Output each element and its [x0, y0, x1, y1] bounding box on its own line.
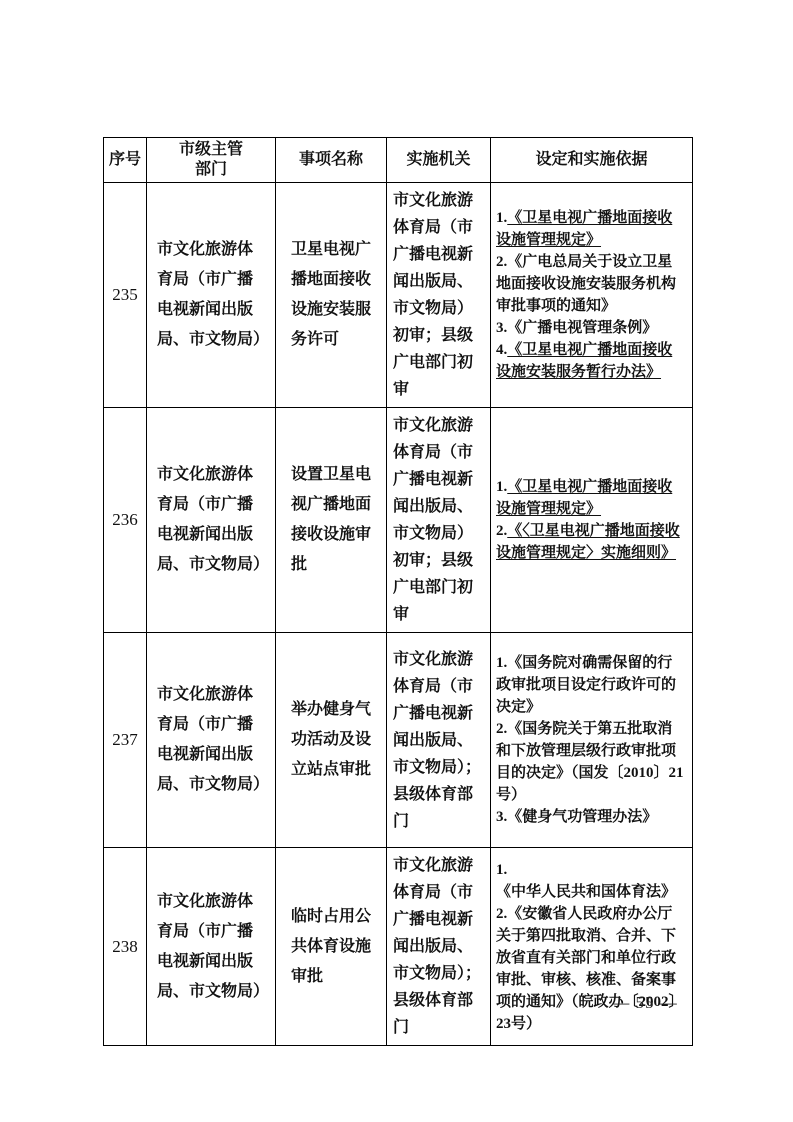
cell-item-name: 举办健身气功活动及设立站点审批 [276, 633, 387, 848]
basis-item-number: 3. [496, 320, 507, 336]
basis-item-number: 2. [496, 523, 507, 539]
basis-item-number: 2. [496, 906, 507, 922]
basis-item-number: 3. [496, 809, 507, 825]
law-title: 《广播电视管理条例》 [507, 320, 657, 336]
cell-basis: 1.《卫星电视广播地面接收设施管理规定》2.《〈卫星电视广播地面接收设施管理规定… [491, 408, 693, 633]
table-row: 237市文化旅游体育局（市广播电视新闻出版局、市文物局）举办健身气功活动及设立站… [104, 633, 693, 848]
header-basis: 设定和实施依据 [491, 138, 693, 183]
basis-item-number: 1. [496, 479, 507, 495]
law-title: 《中华人民共和国体育法》 [496, 884, 676, 900]
basis-item-number: 1. [496, 862, 507, 878]
cell-agency: 市文化旅游体育局（市广播电视新闻出版局、市文物局）；县级体育部门 [387, 848, 491, 1046]
document-page: 序号 市级主管 部门 事项名称 实施机关 设定和实施依据 235市文化旅游体育局… [0, 0, 793, 1122]
law-title-link: 《卫星电视广播地面接收设施管理规定》 [496, 210, 672, 248]
header-department: 市级主管 部门 [147, 138, 276, 183]
basis-item-number: 2. [496, 254, 507, 270]
basis-item-number: 1. [496, 655, 507, 671]
approval-items-table: 序号 市级主管 部门 事项名称 实施机关 设定和实施依据 235市文化旅游体育局… [103, 137, 693, 1046]
law-title-link: 《卫星电视广播地面接收设施安装服务暂行办法》 [496, 342, 672, 380]
cell-index: 237 [104, 633, 147, 848]
cell-item-name: 卫星电视广播地面接收设施安装服务许可 [276, 183, 387, 408]
cell-agency: 市文化旅游体育局（市广播电视新闻出版局、市文物局）；县级体育部门 [387, 633, 491, 848]
law-title: 《广电总局关于设立卫星地面接收设施安装服务机构审批事项的通知》 [496, 254, 676, 314]
cell-agency: 市文化旅游体育局（市广播电视新闻出版局、市文物局）初审；县级广电部门初审 [387, 408, 491, 633]
basis-item: 2.《国务院关于第五批取消和下放管理层级行政审批项目的决定》（国发〔2010〕2… [496, 718, 687, 806]
cell-item-name: 设置卫星电视广播地面接收设施审批 [276, 408, 387, 633]
law-title: 《国务院对确需保留的行政审批项目设定行政许可的决定》 [496, 655, 676, 715]
cell-index: 235 [104, 183, 147, 408]
basis-item: 2.《广电总局关于设立卫星地面接收设施安装服务机构审批事项的通知》 [496, 251, 687, 317]
table-row: 235市文化旅游体育局（市广播电视新闻出版局、市文物局）卫星电视广播地面接收设施… [104, 183, 693, 408]
cell-basis: 1.《中华人民共和国体育法》2.《安徽省人民政府办公厅关于第四批取消、合并、下放… [491, 848, 693, 1046]
basis-item-number: 2. [496, 721, 507, 737]
basis-item: 1.《卫星电视广播地面接收设施管理规定》 [496, 476, 687, 520]
basis-item-number: 4. [496, 342, 507, 358]
cell-basis: 1.《卫星电视广播地面接收设施管理规定》2.《广电总局关于设立卫星地面接收设施安… [491, 183, 693, 408]
law-title: 《健身气功管理办法》 [507, 809, 657, 825]
basis-item: 4.《卫星电视广播地面接收设施安装服务暂行办法》 [496, 339, 687, 383]
law-title-link: 《卫星电视广播地面接收设施管理规定》 [496, 479, 672, 517]
page-number: — 55 — [600, 993, 690, 1013]
cell-department: 市文化旅游体育局（市广播电视新闻出版局、市文物局） [147, 408, 276, 633]
table-header-row: 序号 市级主管 部门 事项名称 实施机关 设定和实施依据 [104, 138, 693, 183]
cell-department: 市文化旅游体育局（市广播电视新闻出版局、市文物局） [147, 848, 276, 1046]
table-row: 238市文化旅游体育局（市广播电视新闻出版局、市文物局）临时占用公共体育设施审批… [104, 848, 693, 1046]
cell-index: 236 [104, 408, 147, 633]
header-agency: 实施机关 [387, 138, 491, 183]
cell-department: 市文化旅游体育局（市广播电视新闻出版局、市文物局） [147, 633, 276, 848]
table-body: 235市文化旅游体育局（市广播电视新闻出版局、市文物局）卫星电视广播地面接收设施… [104, 183, 693, 1046]
basis-item: 2.《〈卫星电视广播地面接收设施管理规定〉实施细则》 [496, 520, 687, 564]
basis-item: 1.《国务院对确需保留的行政审批项目设定行政许可的决定》 [496, 652, 687, 718]
basis-item: 1.《卫星电视广播地面接收设施管理规定》 [496, 207, 687, 251]
basis-item: 2.《安徽省人民政府办公厅关于第四批取消、合并、下放省直有关部门和单位行政审批、… [496, 903, 687, 1035]
header-item-name: 事项名称 [276, 138, 387, 183]
cell-basis: 1.《国务院对确需保留的行政审批项目设定行政许可的决定》2.《国务院关于第五批取… [491, 633, 693, 848]
basis-item-number: 1. [496, 210, 507, 226]
cell-index: 238 [104, 848, 147, 1046]
cell-department: 市文化旅游体育局（市广播电视新闻出版局、市文物局） [147, 183, 276, 408]
law-title-link: 《〈卫星电视广播地面接收设施管理规定〉实施细则》 [496, 523, 680, 561]
cell-item-name: 临时占用公共体育设施审批 [276, 848, 387, 1046]
basis-item: 3.《健身气功管理办法》 [496, 806, 687, 828]
cell-agency: 市文化旅游体育局（市广播电视新闻出版局、市文物局）初审；县级广电部门初审 [387, 183, 491, 408]
basis-item: 1.《中华人民共和国体育法》 [496, 859, 687, 903]
header-index: 序号 [104, 138, 147, 183]
basis-item: 3.《广播电视管理条例》 [496, 317, 687, 339]
table-row: 236市文化旅游体育局（市广播电视新闻出版局、市文物局）设置卫星电视广播地面接收… [104, 408, 693, 633]
